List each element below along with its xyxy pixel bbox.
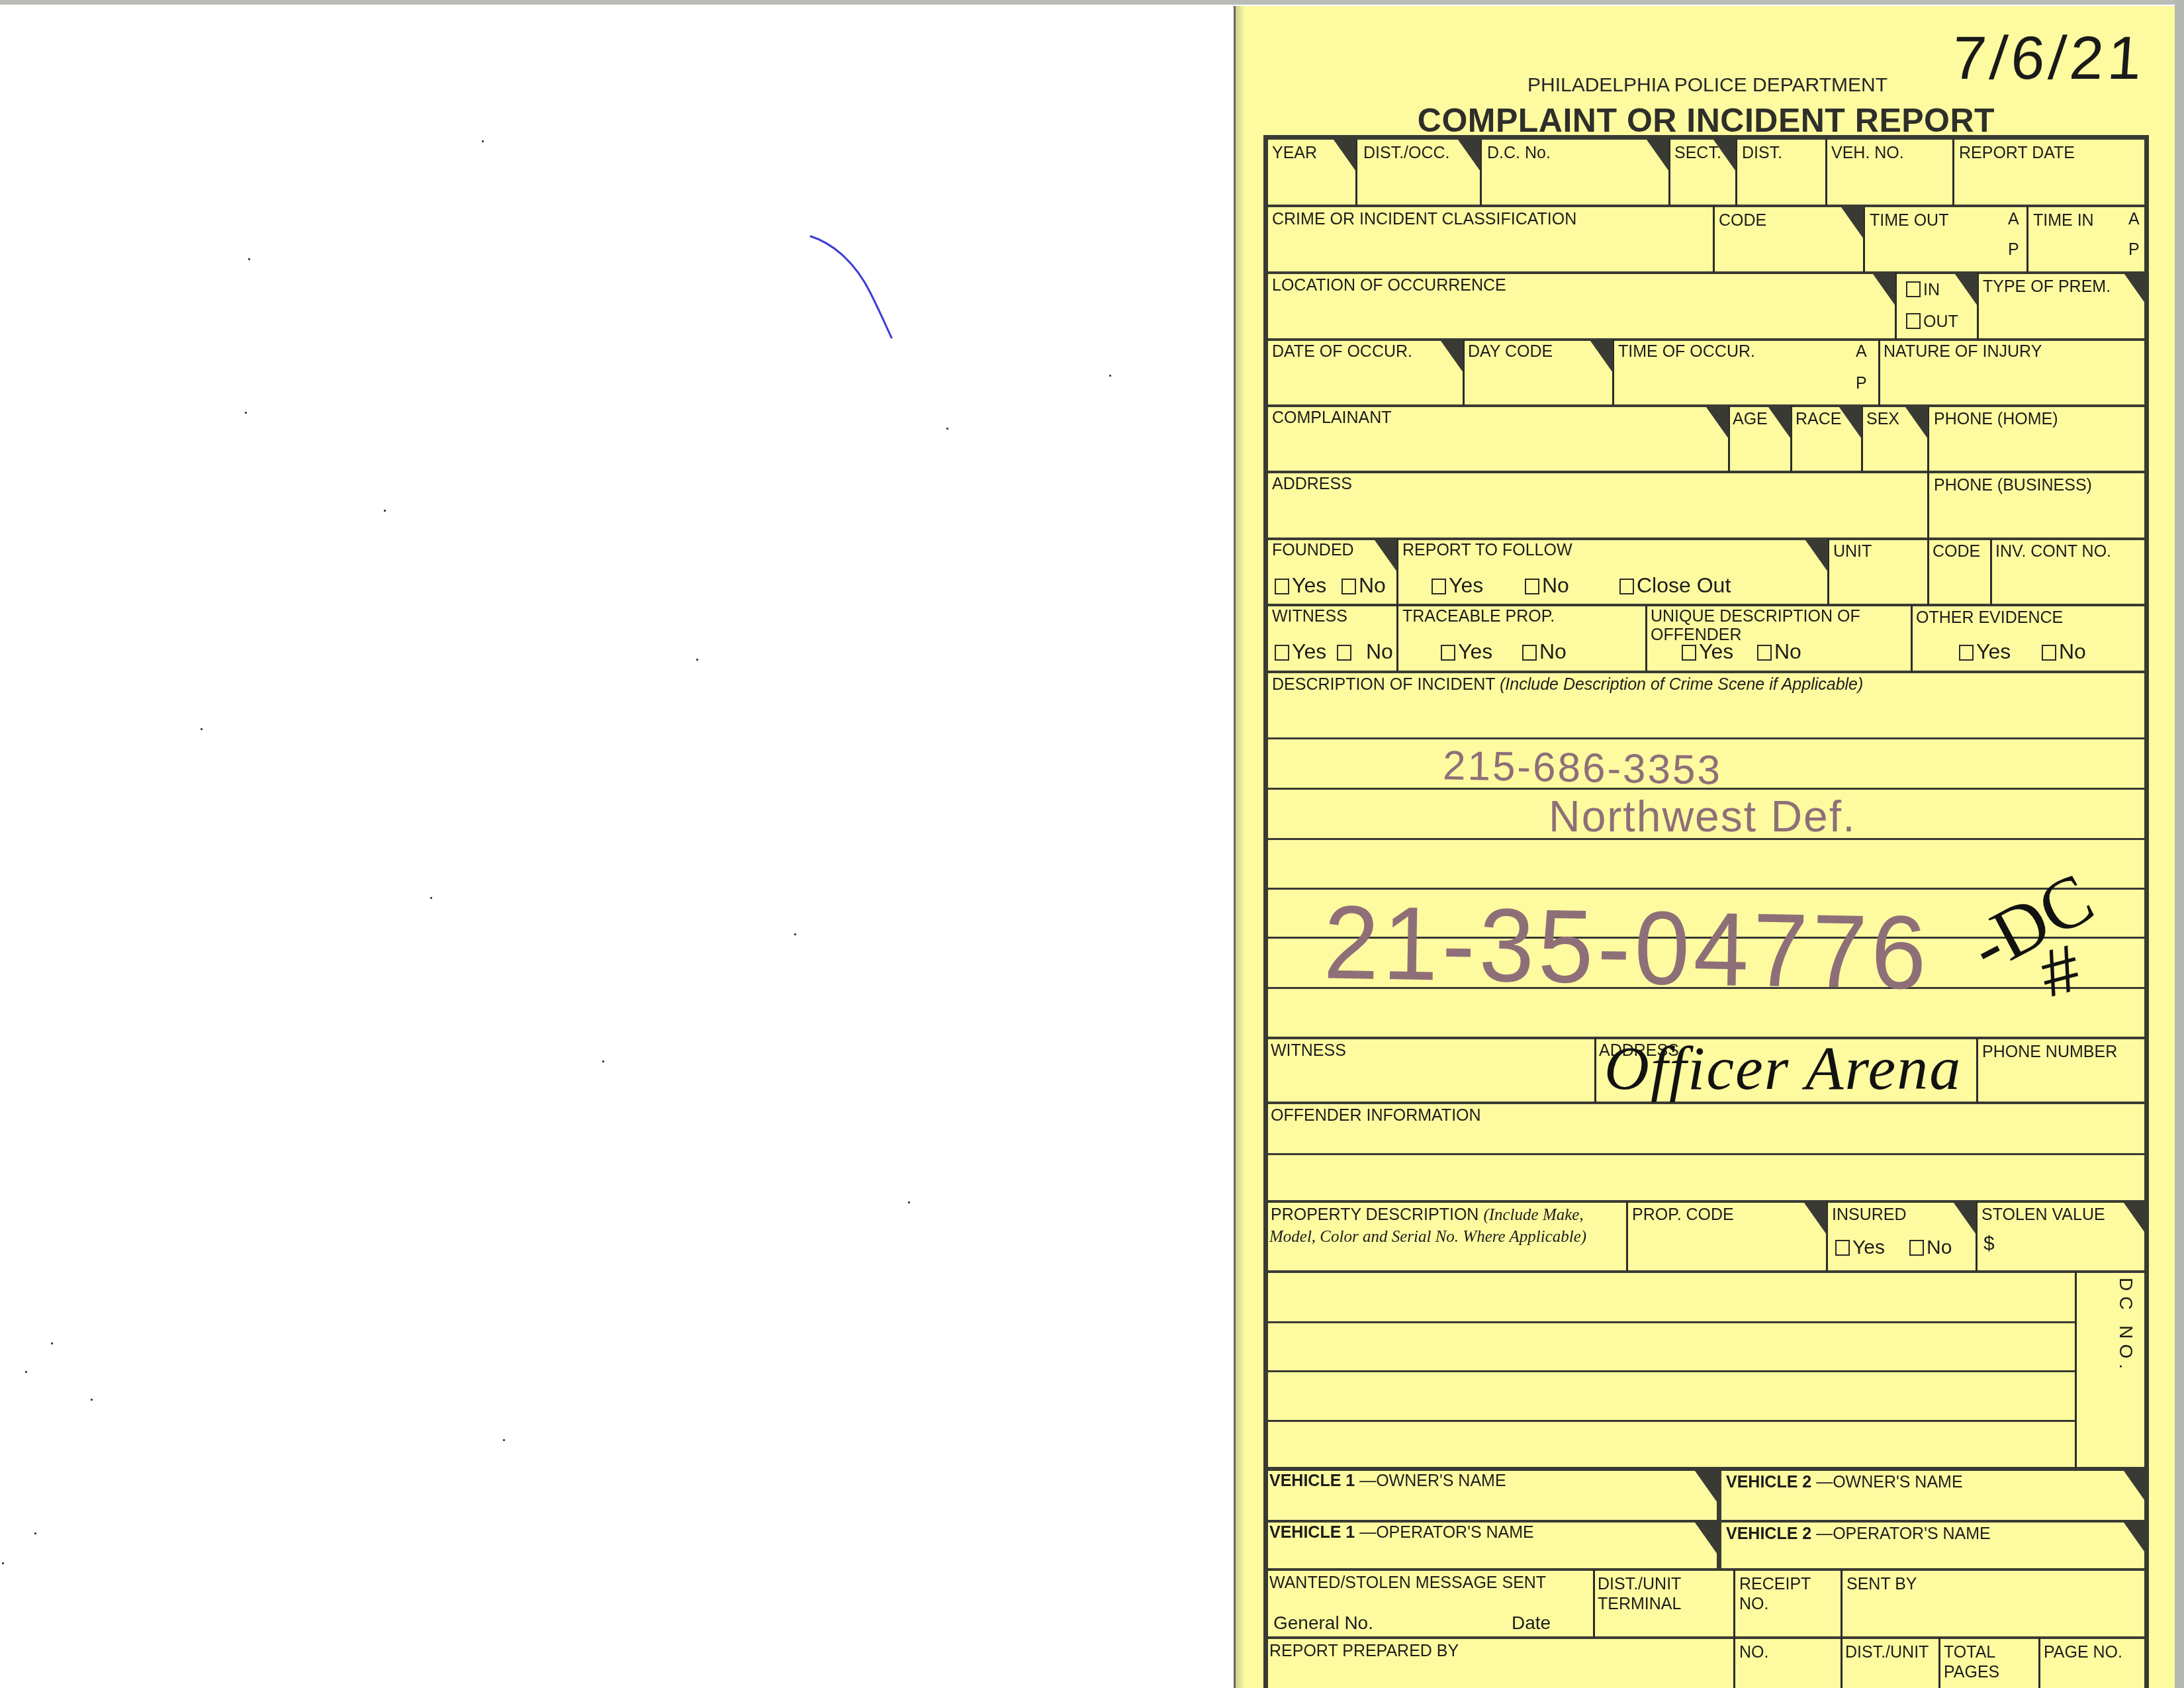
field-label-wanted-stolen: WANTED/STOLEN MESSAGE SENT [1269,1574,1546,1593]
field-label-witness: WITNESS [1272,608,1347,626]
col-divider [1626,1201,1628,1272]
time-in-pm: P [2128,241,2140,259]
phone-home-field[interactable] [1930,430,2144,469]
field-label-dist: DIST. [1742,144,1782,163]
field-label-stolen-value: STOLEN VALUE [1981,1206,2105,1225]
report-follow-no-option[interactable]: No [1525,573,1569,598]
founded-yes-option[interactable]: Yes [1275,573,1326,598]
time-out-pm: P [2008,241,2019,259]
field-label-unit: UNIT [1833,543,1872,561]
report-follow-yes-checkbox[interactable] [1432,579,1446,594]
corner-marker [1375,540,1397,572]
col-divider [1976,1038,1978,1103]
vehicle2-operator-field[interactable] [1723,1545,2144,1568]
field-label-sex: SEX [1866,410,1899,429]
field-label-terminal: TERMINAL [1598,1595,1681,1614]
report-date-field[interactable] [1955,165,2144,203]
dc-no-field[interactable] [1482,165,1666,203]
col-divider [1825,140,1827,206]
handwritten-date: 7/6/21 [1950,24,2148,93]
field-label-offender-information: OFFENDER INFORMATION [1271,1107,1481,1125]
dc-no-field[interactable] [2078,1274,2111,1466]
field-label-receipt: RECEIPT [1739,1575,1811,1594]
type-of-prem-field[interactable] [1980,299,2144,336]
speck [25,1371,27,1373]
col-divider [1717,1468,1721,1570]
prop-code-field[interactable] [1629,1228,1823,1268]
time-of-occur-am: A [1856,343,1867,361]
field-label-date: Date [1512,1613,1551,1634]
field-label-inv-cont-no: INV. CONT NO. [1995,543,2111,561]
unit-field[interactable] [1831,564,1925,601]
traceable-yes-option[interactable]: Yes [1441,639,1492,664]
speck [384,510,386,512]
field-label-vehicle2-owner: VEHICLE 2 —OWNER'S NAME [1726,1474,1963,1492]
col-divider [2038,1638,2040,1688]
time-in-am: A [2128,211,2140,229]
field-label-pages: PAGES [1944,1664,1999,1682]
field-label-phone-home: PHONE (HOME) [1934,410,2058,429]
field-label-date-of-occur: DATE OF OCCUR. [1272,343,1412,361]
time-of-occur-field[interactable] [1615,364,1846,402]
field-label-receipt-no: NO. [1739,1595,1768,1614]
field-label-nature-of-injury: NATURE OF INJURY [1884,343,2042,361]
speck [430,897,432,899]
report-follow-close-out-option[interactable]: Close Out [1619,573,1731,598]
speck [602,1060,604,1062]
report-follow-no-checkbox[interactable] [1525,579,1539,594]
speck [91,1399,93,1401]
day-code-field[interactable] [1465,364,1610,402]
col-divider [1594,1038,1596,1103]
field-label-property-description: PROPERTY DESCRIPTION (Include Make, [1271,1206,1584,1225]
year-field[interactable] [1268,165,1354,203]
field-label-dist-occ: DIST./OCC. [1363,144,1450,163]
row-divider [1266,1270,2146,1273]
field-label-vehicle1-operator: VEHICLE 1 —OPERATOR'S NAME [1269,1524,1534,1542]
report-follow-yes-option[interactable]: Yes [1432,573,1483,598]
dist-occ-field[interactable] [1358,165,1479,203]
handwritten-organization: Northwest Def. [1549,791,1856,841]
field-label-phone-business: PHONE (BUSINESS) [1934,477,2092,495]
field-label-time-out: TIME OUT [1870,212,1948,230]
vehicle1-owner-field[interactable] [1268,1493,1711,1519]
witness-name-field[interactable] [1268,1060,1591,1100]
paper-shadow-edge [1236,6,1245,1688]
pen-mark [804,232,903,344]
speck [946,428,948,430]
race-field[interactable] [1793,430,1859,469]
row-divider [1266,1636,2146,1639]
speck [201,728,203,730]
speck [908,1201,910,1203]
in-checkbox[interactable] [1906,281,1921,297]
speck [503,1439,505,1441]
field-label-race: RACE [1796,410,1841,429]
corner-marker [1805,540,1828,572]
field-label-dist-unit-terminal: DIST./UNIT [1598,1575,1681,1594]
traceable-no-checkbox[interactable] [1522,645,1537,661]
time-in-field[interactable] [2029,232,2122,269]
offender-information-field[interactable] [1268,1127,2144,1198]
vehicle1-operator-field[interactable] [1268,1545,1711,1568]
field-label-description: DESCRIPTION OF INCIDENT (Include Descrip… [1272,676,1863,694]
traceable-yes-checkbox[interactable] [1441,645,1455,661]
handwritten-phone: 215-686-3353 [1442,742,1722,794]
code-2-field[interactable] [1930,564,1988,601]
col-divider [2075,1272,2077,1468]
other-evidence-no-option[interactable]: No [2042,639,2086,664]
field-label-dc-no-vertical: DC NO. [2115,1278,2136,1374]
field-label-insured: INSURED [1832,1206,1907,1225]
field-label-complainant: COMPLAINANT [1272,409,1392,428]
field-label-sect: SECT. [1674,144,1721,163]
row-divider [1266,1200,2146,1203]
speck [1109,375,1111,377]
field-label-no: NO. [1739,1644,1768,1662]
field-label-day-code: DAY CODE [1468,343,1553,361]
traceable-no-option[interactable]: No [1522,639,1567,664]
field-label-page-no: PAGE NO. [2044,1644,2122,1662]
time-out-am: A [2008,211,2019,229]
founded-no-option[interactable]: No [1342,573,1386,598]
sect-field[interactable] [1671,165,1734,203]
department-name: PHILADELPHIA POLICE DEPARTMENT [1522,74,1893,97]
field-label-prop-code: PROP. CODE [1632,1206,1734,1225]
col-divider [2026,206,2028,273]
close-out-checkbox[interactable] [1619,579,1634,594]
field-label-classification: CRIME OR INCIDENT CLASSIFICATION [1272,211,1576,229]
sent-by-field[interactable] [1844,1595,2144,1635]
field-label-vehicle2-operator: VEHICLE 2 —OPERATOR'S NAME [1726,1525,1991,1544]
speck [34,1532,36,1534]
age-field[interactable] [1731,430,1788,469]
out-option[interactable]: OUT [1906,313,1958,332]
col-divider [1593,1570,1595,1638]
field-label-traceable-prop: TRACEABLE PROP. [1402,608,1555,626]
col-divider [1841,1570,1843,1688]
witness-yes-option[interactable]: Yes [1275,639,1326,664]
complainant-field[interactable] [1268,430,1725,469]
corner-marker [1955,274,1978,306]
unique-desc-no-checkbox[interactable] [1757,645,1772,661]
col-divider [1878,340,1880,406]
row-divider [1266,1568,2146,1571]
date-of-occur-field[interactable] [1268,364,1460,402]
out-checkbox[interactable] [1906,313,1921,329]
col-divider [1713,206,1715,273]
report-title: COMPLAINT OR INCIDENT REPORT [1402,101,2011,140]
col-divider [1990,539,1992,605]
insured-yes-option[interactable]: Yes [1835,1237,1885,1259]
field-label-time-of-occur: TIME OF OCCUR. [1618,343,1755,361]
witness-yes-checkbox[interactable] [1275,645,1289,661]
field-label-unique-description: UNIQUE DESCRIPTION OF [1651,608,1860,626]
row-divider [1266,271,2146,274]
field-label-report-prepared-by: REPORT PREPARED BY [1269,1642,1459,1661]
handwritten-dc-number: 21-35-04776 [1323,882,1932,1013]
col-divider [1911,605,1913,672]
field-label-phone-number: PHONE NUMBER [1982,1043,2117,1062]
report-prepared-by-field[interactable] [1268,1663,1731,1688]
field-label-vehicle1-owner: VEHICLE 1 —OWNER'S NAME [1269,1472,1506,1491]
field-label-time-in: TIME IN [2033,212,2094,230]
location-field[interactable] [1268,299,1864,336]
witness-address-field[interactable] [1597,1060,1974,1100]
speck [696,659,698,661]
scanner-top-edge [0,0,2184,5]
speck [51,1342,53,1344]
field-label-dc-no: D.C. No. [1487,144,1551,163]
speck [248,258,250,260]
stolen-value-currency: $ [1983,1233,1995,1255]
field-label-location: LOCATION OF OCCURRENCE [1272,277,1506,295]
field-label-age: AGE [1733,410,1768,429]
stolen-value-field[interactable] [1999,1228,2144,1268]
property-description-field[interactable] [1268,1274,2072,1466]
phone-number-field[interactable] [1979,1060,2144,1100]
dist-field[interactable] [1738,165,1824,203]
col-divider [1733,1570,1735,1688]
field-label-report-to-follow: REPORT TO FOLLOW [1402,541,1572,560]
row-divider [1266,471,2146,473]
col-divider [1952,140,1954,206]
corner-marker [1954,1203,1976,1235]
col-divider [1645,605,1647,672]
witness-no-option[interactable]: No [1337,639,1393,664]
field-label-report-date: REPORT DATE [1959,144,2075,163]
vehicle2-owner-field[interactable] [1723,1493,2144,1519]
veh-no-field[interactable] [1828,165,1951,203]
row-divider [1266,338,2146,341]
insured-yes-checkbox[interactable] [1835,1240,1850,1256]
field-label-veh-no: VEH. NO. [1831,144,1904,163]
field-label-general-no: General No. [1273,1613,1373,1634]
classification-field[interactable] [1268,232,1710,269]
scanner-right-edge [2175,0,2184,1688]
code-field[interactable] [1715,232,1861,269]
field-label-code: CODE [1719,212,1766,230]
speck [794,933,796,935]
col-divider [1938,1638,1940,1688]
speck [245,412,247,414]
insured-no-checkbox[interactable] [1909,1240,1924,1256]
field-label-founded: FOUNDED [1272,541,1354,560]
speck [482,140,484,142]
field-label-address: ADDRESS [1272,475,1352,494]
field-label-sent-by: SENT BY [1846,1575,1917,1594]
speck [2,1562,4,1564]
in-option[interactable]: IN [1906,281,1940,300]
nature-of-injury-field[interactable] [1881,364,2144,402]
col-divider [1927,539,1929,605]
field-label-year: YEAR [1272,144,1317,163]
field-label-type-of-prem: TYPE OF PREM. [1983,278,2111,297]
field-label-code-2: CODE [1933,543,1980,561]
field-label-other-evidence: OTHER EVIDENCE [1916,609,2063,628]
address-field[interactable] [1268,496,1923,535]
time-of-occur-pm: P [1856,375,1867,393]
unique-desc-yes-checkbox[interactable] [1682,645,1696,661]
field-label-property-note: Model, Color and Serial No. Where Applic… [1269,1228,1586,1246]
field-label-witness-name: WITNESS [1271,1042,1346,1060]
witness-no-checkbox[interactable] [1337,645,1351,661]
other-evidence-no-checkbox[interactable] [2042,645,2056,661]
founded-yes-checkbox[interactable] [1275,579,1289,594]
other-evidence-yes-option[interactable]: Yes [1959,639,2011,664]
sex-field[interactable] [1864,430,1925,469]
phone-business-field[interactable] [1930,496,2144,535]
inv-cont-no-field[interactable] [1993,564,2145,601]
insured-no-option[interactable]: No [1909,1237,1952,1259]
row-divider [1266,205,2146,207]
unique-desc-yes-option[interactable]: Yes [1682,639,1733,664]
other-evidence-yes-checkbox[interactable] [1959,645,1974,661]
time-out-field[interactable] [1866,232,1998,269]
corner-marker [1873,274,1895,306]
unique-desc-no-option[interactable]: No [1757,639,1801,664]
field-label-footer-dist-unit: DIST./UNIT [1845,1644,1929,1662]
field-label-total: TOTAL [1944,1644,1995,1662]
founded-no-checkbox[interactable] [1342,579,1356,594]
